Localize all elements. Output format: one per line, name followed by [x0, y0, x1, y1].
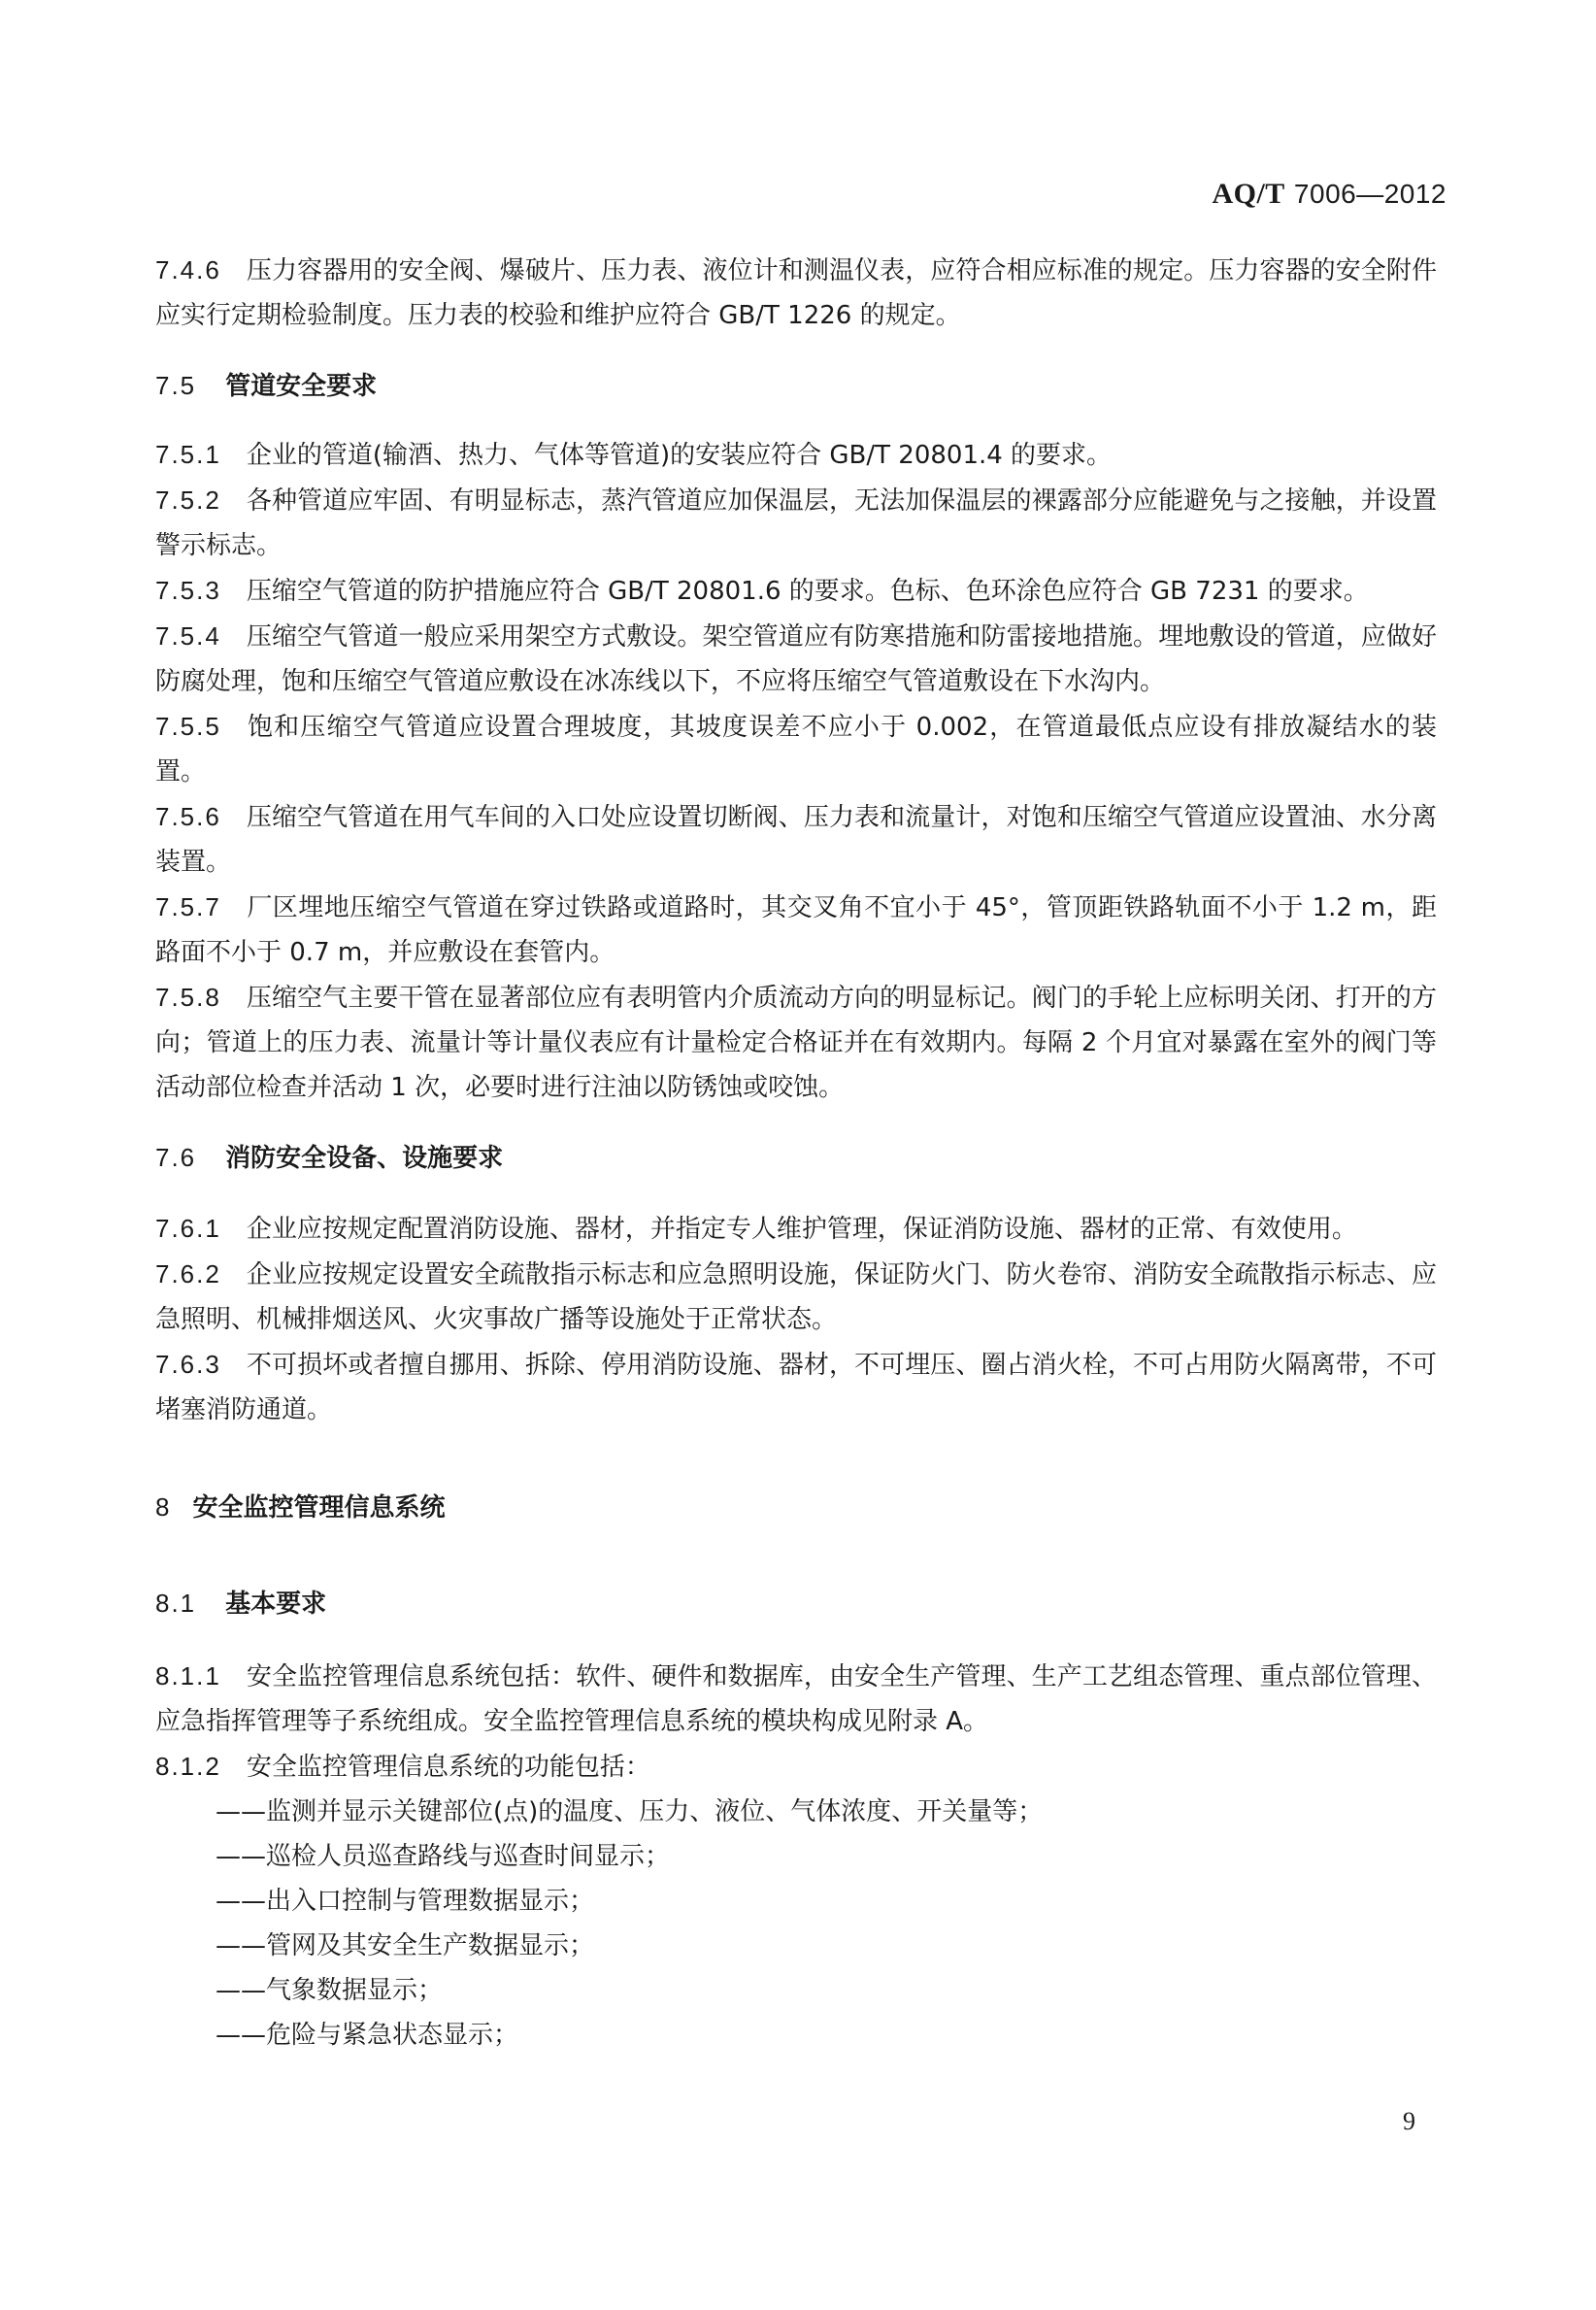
clause-7-5-1: 7.5.1企业的管道(输酒、热力、气体等管道)的安装应符合 GB/T 20801… [155, 432, 1437, 478]
document-body: 7.4.6压力容器用的安全阀、爆破片、压力表、液位计和测温仪表，应符合相应标准的… [155, 248, 1437, 2058]
list-item: ——危险与紧急状态显示； [155, 2013, 1437, 2058]
standard-number: 7006—2012 [1294, 179, 1446, 209]
clause-7-5-4: 7.5.4压缩空气管道一般应采用架空方式敷设。架空管道应有防寒措施和防雷接地措施… [155, 614, 1437, 704]
clause-7-6-3: 7.6.3不可损坏或者擅自挪用、拆除、停用消防设施、器材，不可埋压、圈占消火栓，… [155, 1342, 1437, 1432]
clause-8-1-2: 8.1.2安全监控管理信息系统的功能包括： [155, 1744, 1437, 1790]
standard-prefix: AQ/T [1212, 178, 1284, 210]
clause-7-4-6: 7.4.6压力容器用的安全阀、爆破片、压力表、液位计和测温仪表，应符合相应标准的… [155, 248, 1437, 338]
standard-code: AQ/T 7006—2012 [1212, 178, 1446, 211]
clause-8-1-1: 8.1.1安全监控管理信息系统包括：软件、硬件和数据库，由安全生产管理、生产工艺… [155, 1654, 1437, 1744]
list-item: ——监测并显示关键部位(点)的温度、压力、液位、气体浓度、开关量等； [155, 1790, 1437, 1834]
clause-7-5-6: 7.5.6压缩空气管道在用气车间的入口处应设置切断阀、压力表和流量计，对饱和压缩… [155, 794, 1437, 885]
clause-7-5-7: 7.5.7厂区埋地压缩空气管道在穿过铁路或道路时，其交叉角不宜小于 45°，管顶… [155, 885, 1437, 975]
section-heading-7-5: 7.5管道安全要求 [155, 363, 1437, 409]
clause-7-6-1: 7.6.1企业应按规定配置消防设施、器材，并指定专人维护管理，保证消防设施、器材… [155, 1206, 1437, 1252]
document-page: AQ/T 7006—2012 7.4.6压力容器用的安全阀、爆破片、压力表、液位… [0, 0, 1596, 2310]
section-heading-7-6: 7.6消防安全设备、设施要求 [155, 1135, 1437, 1181]
clause-7-5-5: 7.5.5饱和压缩空气管道应设置合理坡度，其坡度误差不应小于 0.002，在管道… [155, 704, 1437, 794]
chapter-heading-8: 8安全监控管理信息系统 [155, 1485, 1437, 1530]
clause-7-6-2: 7.6.2企业应按规定设置安全疏散指示标志和应急照明设施，保证防火门、防火卷帘、… [155, 1252, 1437, 1342]
clause-7-5-8: 7.5.8压缩空气主要干管在显著部位应有表明管内介质流动方向的明显标记。阀门的手… [155, 975, 1437, 1110]
list-item: ——管网及其安全生产数据显示； [155, 1924, 1437, 1968]
clause-7-5-2: 7.5.2各种管道应牢固、有明显标志，蒸汽管道应加保温层，无法加保温层的裸露部分… [155, 478, 1437, 568]
list-item: ——气象数据显示； [155, 1968, 1437, 2013]
list-item: ——巡检人员巡查路线与巡查时间显示； [155, 1834, 1437, 1879]
list-item: ——出入口控制与管理数据显示； [155, 1879, 1437, 1924]
section-heading-8-1: 8.1基本要求 [155, 1581, 1437, 1626]
clause-7-5-3: 7.5.3压缩空气管道的防护措施应符合 GB/T 20801.6 的要求。色标、… [155, 568, 1437, 614]
page-number: 9 [1403, 2107, 1415, 2136]
